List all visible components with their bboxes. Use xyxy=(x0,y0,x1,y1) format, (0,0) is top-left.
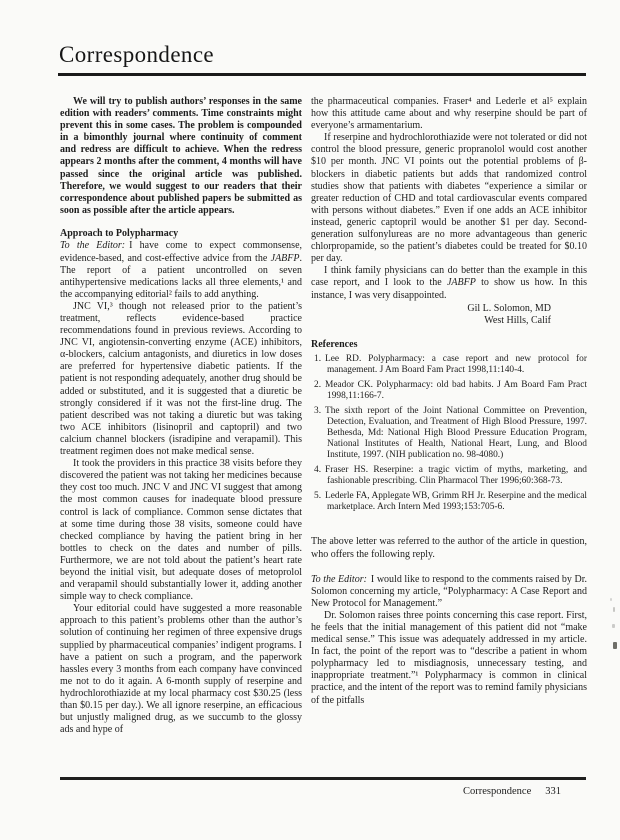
page-title: Correspondence xyxy=(59,42,214,68)
reply-paragraph-1: To the Editor:I would like to respond to… xyxy=(311,574,587,610)
reference-number: 4. xyxy=(314,465,325,476)
scan-speck xyxy=(610,598,612,601)
letter-paragraph-5: If reserpine and hydrochlorothiazide wer… xyxy=(311,132,587,265)
reference-text: The sixth report of the Joint National C… xyxy=(325,406,587,461)
journal-name: JABFP xyxy=(447,277,476,288)
reference-text: Fraser HS. Reserpine: a tragic victim of… xyxy=(325,465,587,486)
references-heading: References xyxy=(311,338,587,351)
letter-paragraph-6: I think family physicians can do better … xyxy=(311,265,587,301)
reference-item: 5.Lederle FA, Applegate WB, Grimm RH Jr.… xyxy=(311,491,587,513)
reply-paragraph-2: Dr. Solomon raises three points concerni… xyxy=(311,610,587,707)
letter-paragraph-3: It took the providers in this practice 3… xyxy=(60,458,302,603)
page-footer: Correspondence331 xyxy=(60,786,561,797)
footer-section-label: Correspondence xyxy=(463,786,531,797)
scan-speck xyxy=(612,624,615,628)
right-column: the pharmaceutical companies. Fraser⁴ an… xyxy=(311,96,587,764)
reference-text: Lee RD. Polypharmacy: a case report and … xyxy=(325,354,587,375)
editor-referral-note: The above letter was referred to the aut… xyxy=(311,536,587,560)
reference-text: Meador CK. Polypharmacy: old bad habits.… xyxy=(325,380,587,401)
footer-page-number: 331 xyxy=(545,786,561,797)
reference-number: 3. xyxy=(314,406,325,417)
scan-speck xyxy=(613,607,615,612)
letter-paragraph-1: To the Editor:I have come to expect comm… xyxy=(60,240,302,300)
salutation: To the Editor: xyxy=(60,240,125,251)
editor-policy-note: We will try to publish authors’ response… xyxy=(60,96,302,217)
letter-heading: Approach to Polypharmacy xyxy=(60,228,302,241)
reference-item: 2.Meador CK. Polypharmacy: old bad habit… xyxy=(311,380,587,402)
reference-item: 3.The sixth report of the Joint National… xyxy=(311,406,587,462)
footer-divider-rule xyxy=(60,777,586,780)
journal-correspondence-page: Correspondence We will try to publish au… xyxy=(0,0,620,840)
reference-text: Lederle FA, Applegate WB, Grimm RH Jr. R… xyxy=(325,491,587,512)
journal-name: JABFP xyxy=(271,253,300,264)
reference-number: 2. xyxy=(314,380,325,391)
scan-speck xyxy=(613,642,617,649)
signature-location: West Hills, Calif xyxy=(311,315,551,328)
reference-item: 4.Fraser HS. Reserpine: a tragic victim … xyxy=(311,465,587,487)
title-divider-rule xyxy=(58,73,586,76)
salutation: To the Editor: xyxy=(311,574,367,585)
signature-name: Gil L. Solomon, MD xyxy=(311,303,551,316)
left-column: We will try to publish authors’ response… xyxy=(60,96,302,764)
signature-block: Gil L. Solomon, MD West Hills, Calif xyxy=(311,303,587,328)
reference-number: 5. xyxy=(314,491,325,502)
reference-number: 1. xyxy=(314,354,325,365)
reference-item: 1.Lee RD. Polypharmacy: a case report an… xyxy=(311,354,587,376)
letter-paragraph-2: JNC VI,³ though not released prior to th… xyxy=(60,301,302,458)
letter-paragraph-4: Your editorial could have suggested a mo… xyxy=(60,603,302,736)
letter-paragraph-4-continued: the pharmaceutical companies. Fraser⁴ an… xyxy=(311,96,587,132)
